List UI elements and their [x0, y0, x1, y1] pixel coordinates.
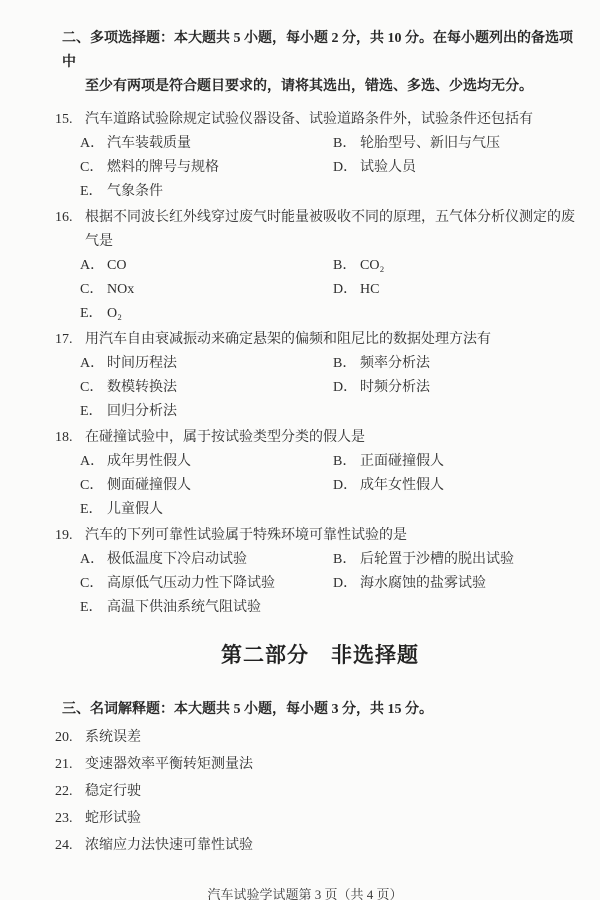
option-a: A． 汽车装载质量: [80, 132, 333, 156]
part-two-title: 第二部分 非选择题: [55, 640, 585, 670]
item-20: 20. 系统误差: [55, 726, 585, 750]
option-text: O₂: [107, 302, 122, 326]
option-text: 频率分析法: [360, 352, 430, 376]
question-text: 用汽车自由衰减振动来确定悬架的偏频和阻尼比的数据处理方法有: [85, 328, 585, 352]
question-16: 16. 根据不同波长红外线穿过废气时能量被吸收不同的原理，五气体分析仪测定的废气…: [55, 206, 585, 326]
option-b: B． 频率分析法: [333, 352, 585, 376]
question-number: 16.: [55, 206, 85, 254]
item-text: 蛇形试验: [85, 807, 585, 831]
option-d: D． HC: [333, 278, 585, 302]
option-label: D．: [333, 156, 360, 180]
question-19: 19. 汽车的下列可靠性试验属于特殊环境可靠性试验的是 A． 极低温度下冷启动试…: [55, 524, 585, 620]
heading-line-2: 至少有两项是符合题目要求的，请将其选出，错选、多选、少选均无分。: [85, 75, 585, 99]
option-label: D．: [333, 376, 360, 400]
option-label: D．: [333, 278, 360, 302]
option-text: 成年女性假人: [360, 474, 444, 498]
option-label: C．: [80, 278, 107, 302]
option-d: D． 成年女性假人: [333, 474, 585, 498]
option-text: 后轮置于沙槽的脱出试验: [360, 548, 514, 572]
question-stem: 19. 汽车的下列可靠性试验属于特殊环境可靠性试验的是: [55, 524, 585, 548]
page-footer: 汽车试验学试题第 3 页（共 4 页）: [25, 886, 585, 900]
item-23: 23. 蛇形试验: [55, 807, 585, 831]
option-c: C． 数模转换法: [80, 376, 333, 400]
exam-page: 二、多项选择题：本大题共 5 小题，每小题 2 分，共 10 分。在每小题列出的…: [0, 0, 600, 900]
option-label: B．: [333, 548, 360, 572]
option-label: C．: [80, 156, 107, 180]
option-label: A．: [80, 254, 107, 278]
multiple-choice-section-heading: 二、多项选择题：本大题共 5 小题，每小题 2 分，共 10 分。在每小题列出的…: [55, 27, 585, 99]
options-grid: A． 成年男性假人 B． 正面碰撞假人 C． 侧面碰撞假人 D． 成年女性假人 …: [80, 450, 585, 522]
option-text: 时间历程法: [107, 352, 177, 376]
option-a: A． 极低温度下冷启动试验: [80, 548, 333, 572]
options-grid: A． 极低温度下冷启动试验 B． 后轮置于沙槽的脱出试验 C． 高原低气压动力性…: [80, 548, 585, 620]
option-b: B． 轮胎型号、新旧与气压: [333, 132, 585, 156]
option-text: 侧面碰撞假人: [107, 474, 191, 498]
option-label: D．: [333, 572, 360, 596]
item-number: 23.: [55, 807, 85, 831]
option-c: C． 燃料的牌号与规格: [80, 156, 333, 180]
option-c: C． NOx: [80, 278, 333, 302]
item-text: 系统误差: [85, 726, 585, 750]
question-text: 汽车的下列可靠性试验属于特殊环境可靠性试验的是: [85, 524, 585, 548]
option-e: E． 气象条件: [80, 180, 333, 204]
option-text: CO₂: [360, 254, 384, 278]
item-number: 24.: [55, 834, 85, 858]
options-grid: A． 时间历程法 B． 频率分析法 C． 数模转换法 D． 时频分析法 E． 回…: [80, 352, 585, 424]
question-stem: 17. 用汽车自由衰减振动来确定悬架的偏频和阻尼比的数据处理方法有: [55, 328, 585, 352]
option-a: A． CO: [80, 254, 333, 278]
option-text: 气象条件: [107, 180, 163, 204]
question-stem: 16. 根据不同波长红外线穿过废气时能量被吸收不同的原理，五气体分析仪测定的废气…: [55, 206, 585, 254]
option-d: D． 时频分析法: [333, 376, 585, 400]
option-text: 正面碰撞假人: [360, 450, 444, 474]
option-label: E．: [80, 596, 107, 620]
option-b: B． CO₂: [333, 254, 585, 278]
option-text: 高原低气压动力性下降试验: [107, 572, 275, 596]
option-label: C．: [80, 376, 107, 400]
item-text: 变速器效率平衡转矩测量法: [85, 753, 585, 777]
option-label: A．: [80, 548, 107, 572]
option-d: D． 试验人员: [333, 156, 585, 180]
option-c: C． 侧面碰撞假人: [80, 474, 333, 498]
option-e: E． 回归分析法: [80, 400, 333, 424]
option-d: D． 海水腐蚀的盐雾试验: [333, 572, 585, 596]
item-22: 22. 稳定行驶: [55, 780, 585, 804]
definitions-section-heading: 三、名词解释题：本大题共 5 小题，每小题 3 分，共 15 分。: [62, 698, 585, 722]
option-label: E．: [80, 498, 107, 522]
option-text: 燃料的牌号与规格: [107, 156, 219, 180]
question-18: 18. 在碰撞试验中，属于按试验类型分类的假人是 A． 成年男性假人 B． 正面…: [55, 426, 585, 522]
question-15: 15. 汽车道路试验除规定试验仪器设备、试验道路条件外，试验条件还包括有 A． …: [55, 108, 585, 204]
option-text: 轮胎型号、新旧与气压: [360, 132, 500, 156]
option-text: HC: [360, 278, 379, 302]
option-c: C． 高原低气压动力性下降试验: [80, 572, 333, 596]
item-number: 21.: [55, 753, 85, 777]
question-text: 在碰撞试验中，属于按试验类型分类的假人是: [85, 426, 585, 450]
option-label: B．: [333, 132, 360, 156]
options-grid: A． CO B． CO₂ C． NOx D． HC E． O₂: [80, 254, 585, 326]
option-label: A．: [80, 352, 107, 376]
option-text: 时频分析法: [360, 376, 430, 400]
option-text: 儿童假人: [107, 498, 163, 522]
option-text: 极低温度下冷启动试验: [107, 548, 247, 572]
option-text: NOx: [107, 278, 134, 302]
option-label: B．: [333, 352, 360, 376]
question-stem: 15. 汽车道路试验除规定试验仪器设备、试验道路条件外，试验条件还包括有: [55, 108, 585, 132]
question-number: 19.: [55, 524, 85, 548]
option-label: B．: [333, 450, 360, 474]
option-text: 数模转换法: [107, 376, 177, 400]
option-label: E．: [80, 400, 107, 424]
option-label: B．: [333, 254, 360, 278]
option-b: B． 后轮置于沙槽的脱出试验: [333, 548, 585, 572]
option-text: 回归分析法: [107, 400, 177, 424]
option-e: E． O₂: [80, 302, 333, 326]
item-number: 20.: [55, 726, 85, 750]
option-e: E． 儿童假人: [80, 498, 333, 522]
options-grid: A． 汽车装载质量 B． 轮胎型号、新旧与气压 C． 燃料的牌号与规格 D． 试…: [80, 132, 585, 204]
option-b: B． 正面碰撞假人: [333, 450, 585, 474]
option-text: 海水腐蚀的盐雾试验: [360, 572, 486, 596]
question-number: 17.: [55, 328, 85, 352]
option-label: C．: [80, 474, 107, 498]
item-24: 24. 浓缩应力法快速可靠性试验: [55, 834, 585, 858]
question-17: 17. 用汽车自由衰减振动来确定悬架的偏频和阻尼比的数据处理方法有 A． 时间历…: [55, 328, 585, 424]
item-text: 浓缩应力法快速可靠性试验: [85, 834, 585, 858]
option-label: C．: [80, 572, 107, 596]
option-text: 汽车装载质量: [107, 132, 191, 156]
option-label: E．: [80, 180, 107, 204]
question-number: 18.: [55, 426, 85, 450]
option-text: CO: [107, 254, 126, 278]
option-a: A． 成年男性假人: [80, 450, 333, 474]
option-label: E．: [80, 302, 107, 326]
option-text: 试验人员: [360, 156, 416, 180]
option-text: 成年男性假人: [107, 450, 191, 474]
option-text: 高温下供油系统气阻试验: [107, 596, 261, 620]
question-text: 根据不同波长红外线穿过废气时能量被吸收不同的原理，五气体分析仪测定的废气是: [85, 206, 585, 254]
item-number: 22.: [55, 780, 85, 804]
question-text: 汽车道路试验除规定试验仪器设备、试验道路条件外，试验条件还包括有: [85, 108, 585, 132]
option-a: A． 时间历程法: [80, 352, 333, 376]
heading-line-1: 二、多项选择题：本大题共 5 小题，每小题 2 分，共 10 分。在每小题列出的…: [62, 27, 585, 75]
option-label: A．: [80, 132, 107, 156]
option-label: D．: [333, 474, 360, 498]
option-label: A．: [80, 450, 107, 474]
item-text: 稳定行驶: [85, 780, 585, 804]
item-21: 21. 变速器效率平衡转矩测量法: [55, 753, 585, 777]
question-number: 15.: [55, 108, 85, 132]
option-e: E． 高温下供油系统气阻试验: [80, 596, 333, 620]
question-stem: 18. 在碰撞试验中，属于按试验类型分类的假人是: [55, 426, 585, 450]
